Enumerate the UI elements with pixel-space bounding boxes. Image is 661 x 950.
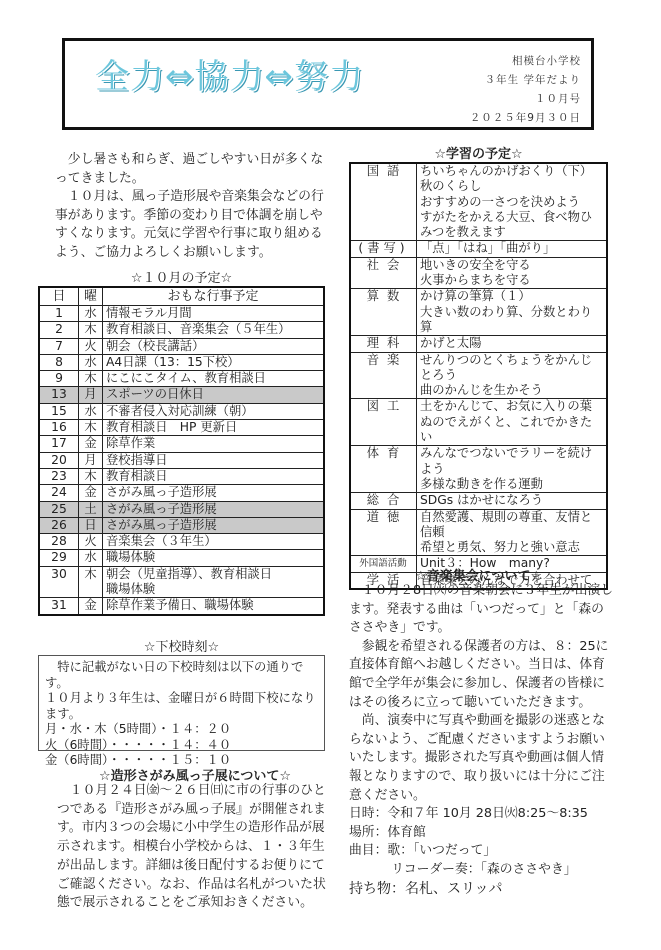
cell-weekday: 月 [79, 387, 103, 403]
cell-event: 情報モラル月間 [103, 306, 325, 322]
study-row: 道徳自然愛護、規則の尊重、友情と信頼希望と勇気、努力と強い意志 [350, 509, 607, 556]
subject-content: 「点」「はね」「曲がり」 [417, 241, 608, 257]
cell-event: 朝会（校長講話） [103, 338, 325, 354]
content-line: 「点」「はね」「曲がり」 [420, 241, 603, 256]
content-line: 多様な動きを作る運動 [420, 477, 603, 492]
table-row: 24金さがみ風っ子造形展 [39, 485, 324, 501]
event-text-line-2: 職場体験 [106, 582, 320, 597]
cell-day: 20 [39, 452, 79, 468]
cell-weekday: 土 [79, 501, 103, 517]
music-items: 持ち物：名札、スリッパ [349, 880, 614, 899]
table-row: 16木教育相談日 HP 更新日 [39, 420, 324, 436]
cell-day: 31 [39, 598, 79, 615]
music-paragraph-2: 参観を希望される保護者の方は、８：25に直接体育館へお越しください。当日は、体育… [349, 638, 614, 712]
subject-name: 社会 [350, 257, 417, 289]
cell-event: 職場体験 [103, 550, 325, 566]
table-row: 8水A4日課（13：15下校） [39, 354, 324, 370]
study-row: 音楽せんりつのとくちょうをかんじとろう曲のかんじを生かそう [350, 352, 607, 399]
content-line: 曲のかんじを生かそう [420, 383, 603, 398]
cell-weekday: 水 [79, 550, 103, 566]
content-line: SDGs はかせになろう [420, 493, 603, 508]
cell-event: さがみ風っ子造形展 [103, 485, 325, 501]
cell-event: 除草作業 [103, 436, 325, 452]
subject-content: かけ算の筆算（１）大きい数のわり算、分数とわり算 [417, 289, 608, 336]
study-row: 社会地いきの安全を守る火事からまちを守る [350, 257, 607, 289]
newsletter-header: 全力⇔協力⇔努力 相模台小学校 ３年生 学年だより １０月号 ２０２５年9月３０… [62, 38, 594, 130]
cell-event: 除草作業予備日、職場体験 [103, 598, 325, 615]
event-text: 除草作業 [106, 436, 320, 451]
cell-weekday: 水 [79, 354, 103, 370]
music-paragraph-1: １０月２8日㈫の音楽朝会に３年生が出演します。発表する曲は「いつだって」と「森の… [349, 582, 614, 638]
subject-name: 音楽 [350, 352, 417, 399]
subject-name: 国語 [350, 163, 417, 241]
october-schedule-table: 日 曜 おもな行事予定 1水情報モラル月間2木教育相談日、音楽集会（５年生）7火… [38, 286, 325, 616]
music-paragraph-3: 尚、演奏中に写真や動画を撮影の迷惑とならないよう、ご配慮くださいますようお願いい… [349, 712, 614, 805]
subject-name: 算数 [350, 289, 417, 336]
cell-event: 不審者侵入対応訓練（朝） [103, 403, 325, 419]
content-line: みんなでつないでラリーを続けよう [420, 446, 603, 477]
cell-event: 朝会（児童指導）、教育相談日職場体験 [103, 566, 325, 598]
cell-event: スポーツの日休日 [103, 387, 325, 403]
content-line: おすすめの一さつを決めよう [420, 195, 603, 210]
dismissal-time-mwth: 月・水・木（5時間）・１４：２０ [45, 722, 318, 738]
cell-weekday: 日 [79, 517, 103, 533]
dismissal-line-1: 特に記載がない日の下校時刻は以下の通りです。 [45, 660, 318, 691]
event-text: さがみ風っ子造形展 [106, 485, 320, 500]
event-text: さがみ風っ子造形展 [106, 502, 320, 517]
cell-weekday: 木 [79, 566, 103, 598]
cell-weekday: 木 [79, 420, 103, 436]
dismissal-box: 特に記載がない日の下校時刻は以下の通りです。 １０月より３年生は、金曜日が６時間… [38, 655, 325, 751]
study-row: (書写)「点」「はね」「曲がり」 [350, 241, 607, 257]
table-row: 1水情報モラル月間 [39, 306, 324, 322]
cell-day: 23 [39, 468, 79, 484]
table-row: 30木朝会（児童指導）、教育相談日職場体験 [39, 566, 324, 598]
subject-name: 道徳 [350, 509, 417, 556]
content-line: 地いきの安全を守る [420, 258, 603, 273]
cell-weekday: 金 [79, 436, 103, 452]
cell-day: 30 [39, 566, 79, 598]
music-datetime: 日時：令和７年 10月 28日㈫8:25～8:35 [349, 805, 614, 824]
cell-day: 15 [39, 403, 79, 419]
table-row: 23木教育相談日 [39, 468, 324, 484]
content-line: 火事からまちを守る [420, 273, 603, 288]
content-line: かげと太陽 [420, 336, 603, 351]
cell-day: 16 [39, 420, 79, 436]
cell-event: 教育相談日、音楽集会（５年生） [103, 322, 325, 338]
cell-day: 13 [39, 387, 79, 403]
cell-weekday: 木 [79, 371, 103, 387]
music-songs-vocal: 曲目：歌：「いつだって」 [349, 842, 614, 861]
table-row: 9木にこにこタイム、教育相談日 [39, 371, 324, 387]
newsletter-title: 全力⇔協力⇔努力 [95, 49, 364, 98]
subject-content: 土をかんじて、お気に入りの葉ぬのでえがくと、これでかきたい [417, 399, 608, 446]
intro-text: 少し暑さも和らぎ、過ごしやすい日が多くなってきました。 １０月は、風っ子造形展や… [55, 151, 335, 262]
event-text: 職場体験 [106, 550, 320, 565]
music-place: 場所：体育館 [349, 824, 614, 843]
event-text: にこにこタイム、教育相談日 [106, 371, 320, 386]
dismissal-line-2: １０月より３年生は、金曜日が６時間下校になります。 [45, 691, 318, 722]
event-text: 音楽集会（３年生） [106, 534, 320, 549]
content-line: 土をかんじて、お気に入りの葉 [420, 399, 603, 414]
cell-day: 26 [39, 517, 79, 533]
event-text: 朝会（校長講話） [106, 339, 320, 354]
header-day: 日 [39, 287, 79, 306]
cell-weekday: 火 [79, 534, 103, 550]
table-row: 29水職場体験 [39, 550, 324, 566]
table-row: 17金除草作業 [39, 436, 324, 452]
subject-name: 総合 [350, 493, 417, 509]
header-weekday: 曜 [79, 287, 103, 306]
dismissal-time-tue: 火（6時間）・・・・・１４：４０ [45, 738, 318, 754]
schedule-title: ☆１０月の予定☆ [38, 267, 325, 286]
table-row: 7火朝会（校長講話） [39, 338, 324, 354]
cell-day: 8 [39, 354, 79, 370]
cell-day: 24 [39, 485, 79, 501]
event-text: 登校指導日 [106, 453, 320, 468]
content-line: かけ算の筆算（１） [420, 289, 603, 304]
issue-name: ３年生 学年だより [485, 70, 581, 91]
subject-content: 地いきの安全を守る火事からまちを守る [417, 257, 608, 289]
content-line: せんりつのとくちょうをかんじとろう [420, 353, 603, 384]
cell-weekday: 木 [79, 468, 103, 484]
exhibition-text: １０月２４日㈮～２６日㈰に市の行事のひとつである『造形さがみ風っ子展』が開催され… [57, 782, 329, 913]
cell-day: 2 [39, 322, 79, 338]
table-row: 31金除草作業予備日、職場体験 [39, 598, 324, 615]
cell-weekday: 金 [79, 485, 103, 501]
study-row: 図工土をかんじて、お気に入りの葉ぬのでえがくと、これでかきたい [350, 399, 607, 446]
subject-content: ちいちゃんのかげおくり（下）秋のくらしおすすめの一さつを決めようすがたをかえる大… [417, 163, 608, 241]
cell-event: さがみ風っ子造形展 [103, 501, 325, 517]
cell-event: さがみ風っ子造形展 [103, 517, 325, 533]
subject-content: みんなでつないでラリーを続けよう多様な動きを作る運動 [417, 446, 608, 493]
content-line: 自然愛護、規則の尊重、友情と信頼 [420, 510, 603, 541]
table-row: 25土さがみ風っ子造形展 [39, 501, 324, 517]
music-songs-recorder: リコーダー奏：「森のささやき」 [349, 861, 614, 880]
table-row: 28火音楽集会（３年生） [39, 534, 324, 550]
event-text: さがみ風っ子造形展 [106, 518, 320, 533]
subject-content: せんりつのとくちょうをかんじとろう曲のかんじを生かそう [417, 352, 608, 399]
subject-content: 自然愛護、規則の尊重、友情と信頼希望と勇気、努力と強い意志 [417, 509, 608, 556]
cell-weekday: 水 [79, 403, 103, 419]
study-row: 算数かけ算の筆算（１）大きい数のわり算、分数とわり算 [350, 289, 607, 336]
issue-date: ２０２５年9月３０日 [470, 108, 581, 129]
cell-weekday: 火 [79, 338, 103, 354]
event-text: スポーツの日休日 [106, 387, 320, 402]
content-line: 秋のくらし [420, 179, 603, 194]
school-name: 相模台小学校 [512, 51, 581, 72]
cell-weekday: 木 [79, 322, 103, 338]
table-row: 13月スポーツの日休日 [39, 387, 324, 403]
study-row: 体育みんなでつないでラリーを続けよう多様な動きを作る運動 [350, 446, 607, 493]
event-text: A4日課（13：15下校） [106, 355, 320, 370]
cell-day: 28 [39, 534, 79, 550]
table-row: 20月登校指導日 [39, 452, 324, 468]
study-title: ☆学習の予定☆ [349, 143, 608, 162]
content-line: ちいちゃんのかげおくり（下） [420, 164, 603, 179]
subject-content: SDGs はかせになろう [417, 493, 608, 509]
event-text: 朝会（児童指導）、教育相談日 [106, 567, 320, 582]
music-text: １０月２8日㈫の音楽朝会に３年生が出演します。発表する曲は「いつだって」と「森の… [349, 582, 614, 898]
cell-day: 17 [39, 436, 79, 452]
event-text: 除草作業予備日、職場体験 [106, 598, 320, 613]
cell-day: 9 [39, 371, 79, 387]
cell-weekday: 水 [79, 306, 103, 322]
content-line: 希望と勇気、努力と強い意志 [420, 540, 603, 555]
cell-event: A4日課（13：15下校） [103, 354, 325, 370]
table-header-row: 日 曜 おもな行事予定 [39, 287, 324, 306]
header-event: おもな行事予定 [103, 287, 325, 306]
event-text: 教育相談日 HP 更新日 [106, 420, 320, 435]
subject-name: 図工 [350, 399, 417, 446]
cell-day: 7 [39, 338, 79, 354]
intro-paragraph-2: １０月は、風っ子造形展や音楽集会などの行事があります。季節の変わり目で体調を崩し… [55, 188, 335, 262]
subject-name: 体育 [350, 446, 417, 493]
cell-weekday: 月 [79, 452, 103, 468]
event-text: 情報モラル月間 [106, 306, 320, 321]
cell-day: 1 [39, 306, 79, 322]
table-row: 15水不審者侵入対応訓練（朝） [39, 403, 324, 419]
content-line: すがたをかえる大豆、食べ物ひみつを教えます [420, 210, 603, 241]
subject-name: 理科 [350, 336, 417, 352]
event-text: 教育相談日 [106, 469, 320, 484]
content-line: ぬのでえがくと、これでかきたい [420, 415, 603, 446]
issue-number: １０月号 [535, 89, 581, 110]
subject-name: (書写) [350, 241, 417, 257]
table-row: 26日さがみ風っ子造形展 [39, 517, 324, 533]
cell-day: 25 [39, 501, 79, 517]
dismissal-title: ☆下校時刻☆ [38, 636, 325, 655]
cell-event: 音楽集会（３年生） [103, 534, 325, 550]
cell-day: 29 [39, 550, 79, 566]
table-row: 2木教育相談日、音楽集会（５年生） [39, 322, 324, 338]
cell-event: 教育相談日 HP 更新日 [103, 420, 325, 436]
subject-content: かげと太陽 [417, 336, 608, 352]
study-row: 理科かげと太陽 [350, 336, 607, 352]
cell-event: 登校指導日 [103, 452, 325, 468]
intro-paragraph-1: 少し暑さも和らぎ、過ごしやすい日が多くなってきました。 [55, 151, 335, 188]
study-schedule-table: 国語ちいちゃんのかげおくり（下）秋のくらしおすすめの一さつを決めようすがたをかえ… [349, 162, 608, 590]
cell-event: 教育相談日 [103, 468, 325, 484]
event-text: 教育相談日、音楽集会（５年生） [106, 322, 320, 337]
study-row: 総合SDGs はかせになろう [350, 493, 607, 509]
study-row: 国語ちいちゃんのかげおくり（下）秋のくらしおすすめの一さつを決めようすがたをかえ… [350, 163, 607, 241]
cell-weekday: 金 [79, 598, 103, 615]
content-line: 大きい数のわり算、分数とわり算 [420, 305, 603, 336]
cell-event: にこにこタイム、教育相談日 [103, 371, 325, 387]
event-text: 不審者侵入対応訓練（朝） [106, 404, 320, 419]
